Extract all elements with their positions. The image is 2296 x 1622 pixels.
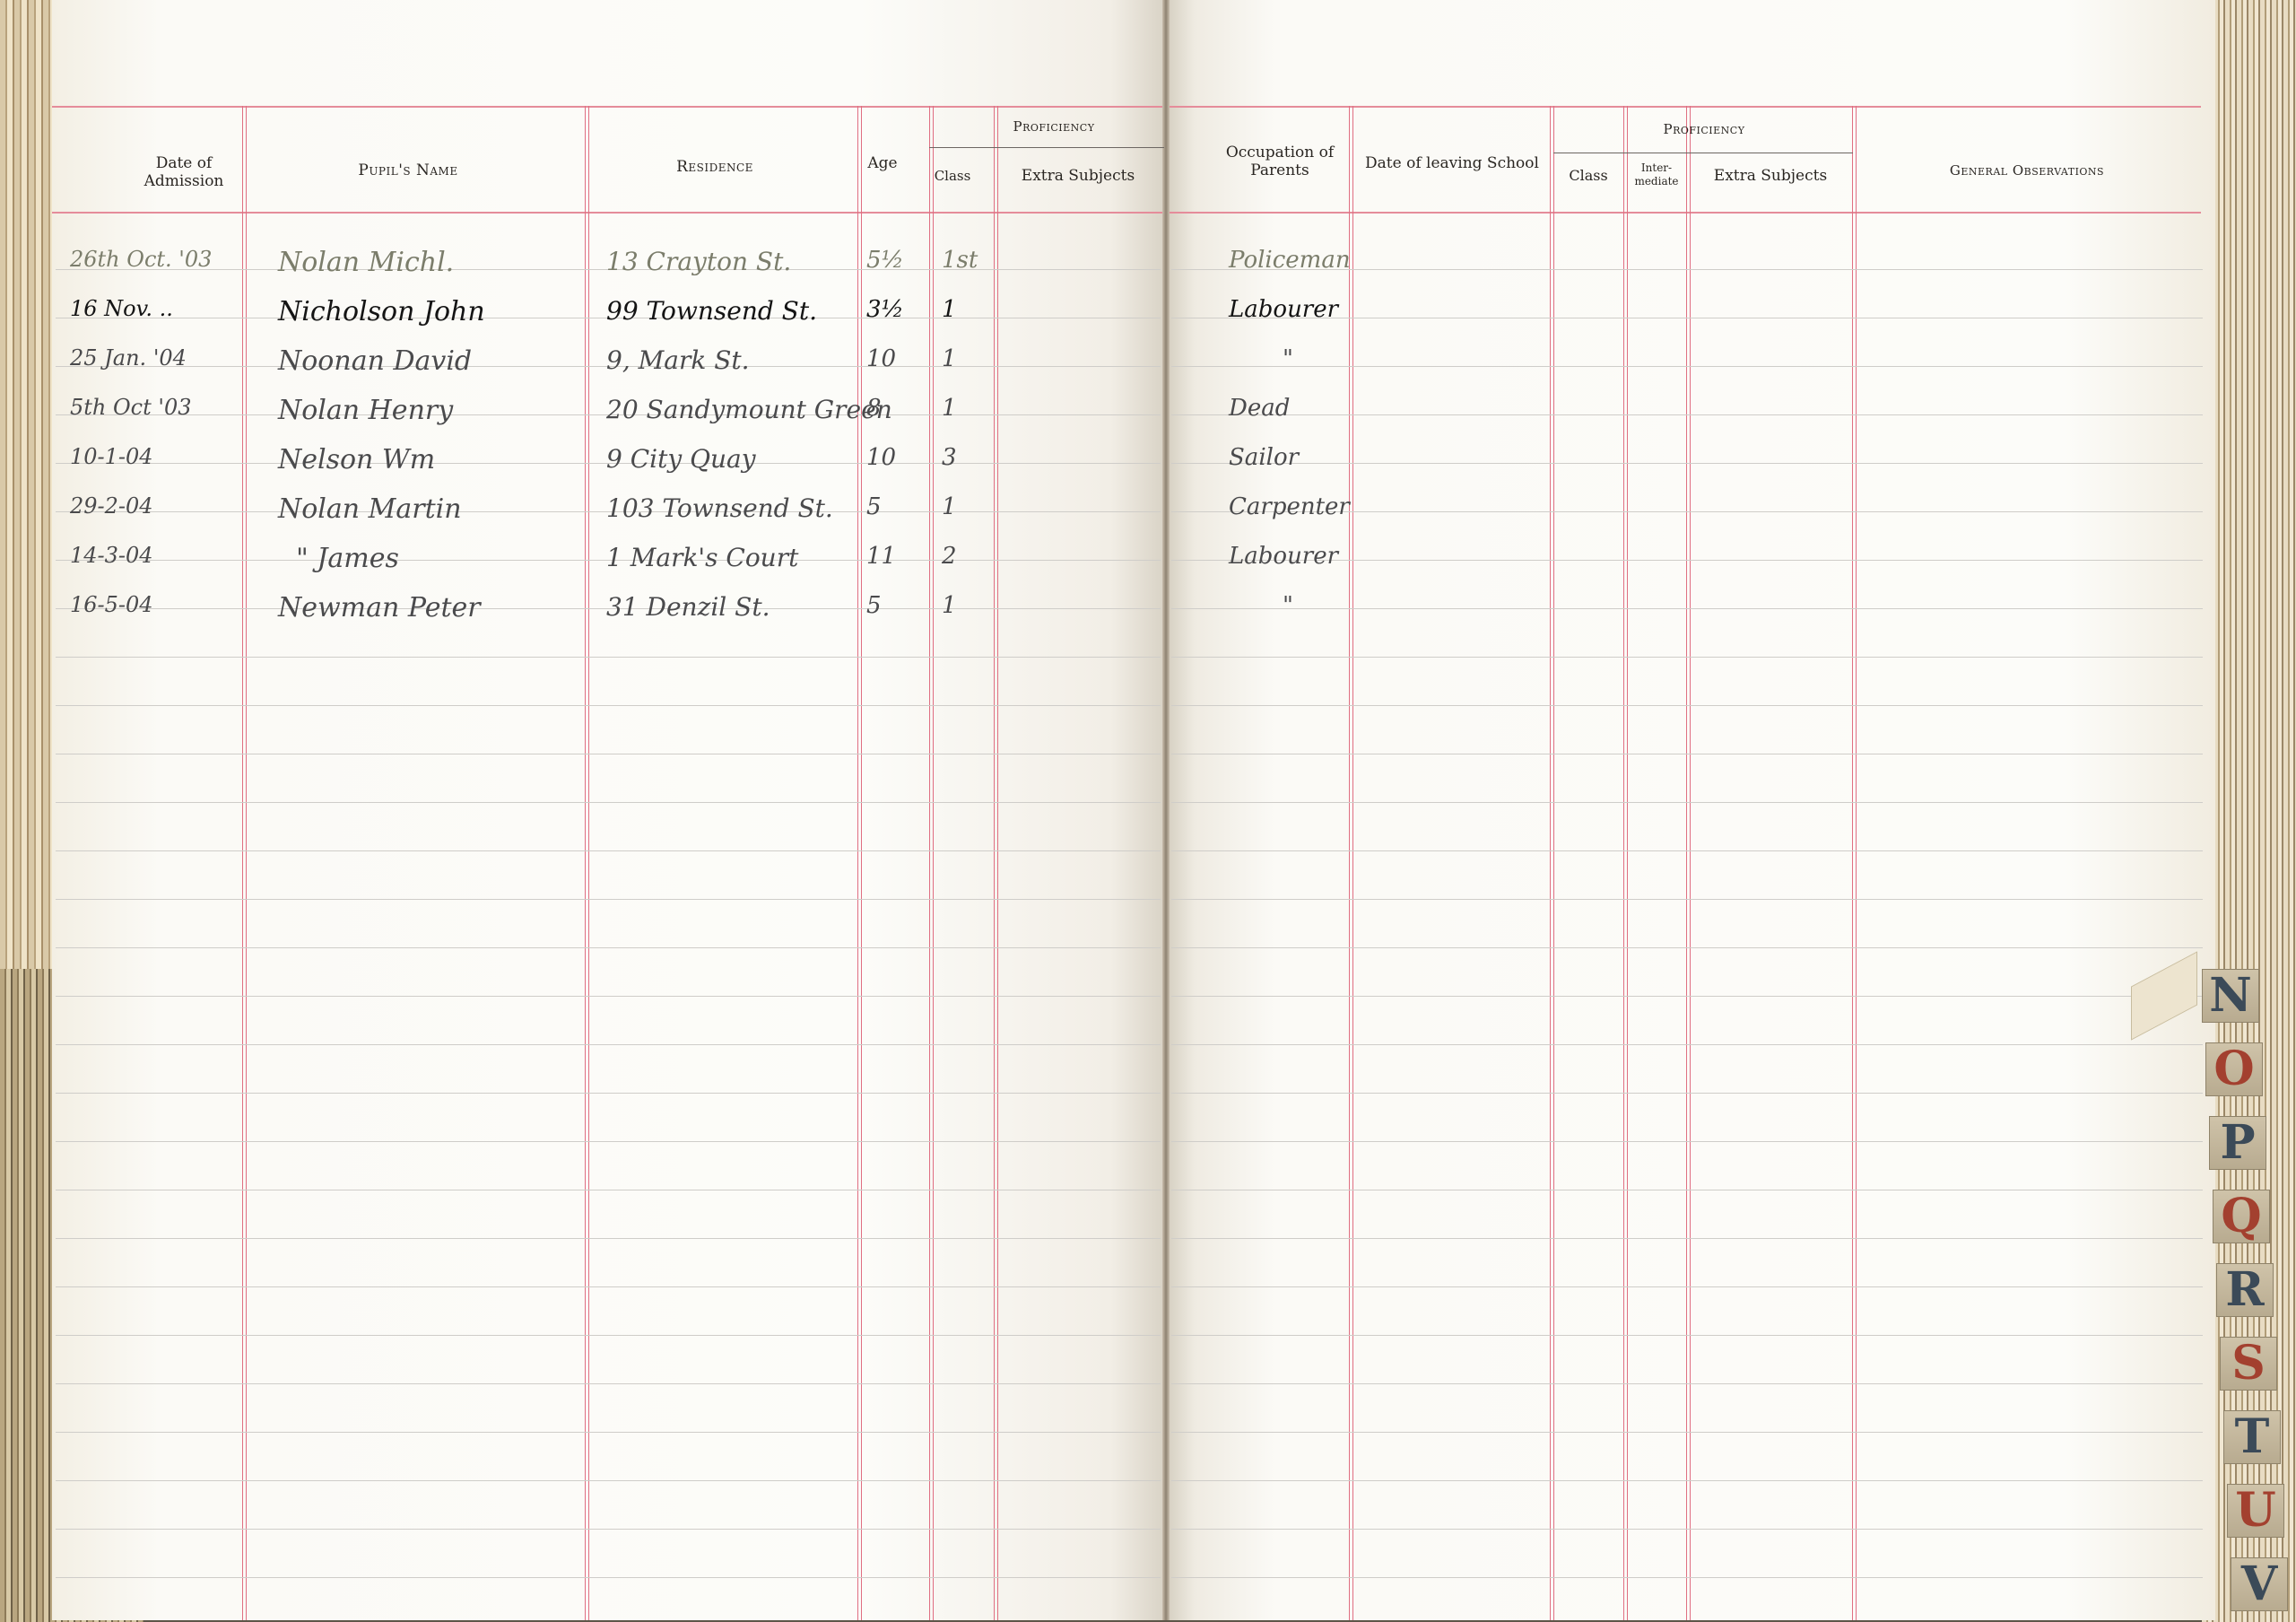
- row-line: [1171, 1383, 2203, 1384]
- index-tab-q[interactable]: Q: [2213, 1190, 2270, 1243]
- entry-date: 29-2-04: [70, 493, 153, 519]
- row-line: [1171, 705, 2203, 706]
- header-pupils-name: Pupil's Name: [260, 161, 556, 179]
- row-line: [1171, 608, 2203, 609]
- entry-class: 3: [942, 444, 957, 471]
- column-rule: [242, 106, 247, 1620]
- entry-class: 1: [942, 345, 957, 372]
- header-date-of-leaving-school: Date of leaving School: [1352, 154, 1552, 172]
- entry-date: 5th Oct '03: [70, 395, 192, 420]
- entry-occupation: Carpenter: [1229, 493, 1350, 520]
- entry-occupation: Sailor: [1229, 444, 1299, 471]
- row-line: [1171, 1238, 2203, 1239]
- row-line: [56, 1141, 1161, 1142]
- entry-occupation: ": [1283, 345, 1293, 372]
- row-line: [56, 996, 1161, 997]
- row-line: [1171, 1577, 2203, 1578]
- row-line: [56, 1044, 1161, 1045]
- entry-age: 5½: [866, 247, 904, 274]
- index-tab-t[interactable]: T: [2223, 1410, 2281, 1464]
- entry-residence: 9, Mark St.: [606, 345, 750, 375]
- column-rule: [1349, 106, 1353, 1620]
- entry-residence: 1 Mark's Court: [606, 543, 798, 572]
- entry-class: 1st: [942, 247, 978, 274]
- column-rule: [585, 106, 589, 1620]
- column-rule: [929, 106, 934, 1620]
- entry-class: 1: [942, 592, 957, 619]
- entry-class: 1: [942, 296, 957, 323]
- row-line: [56, 754, 1161, 754]
- entry-name: Nelson Wm: [278, 444, 435, 475]
- row-line: [56, 1480, 1161, 1481]
- row-line: [56, 947, 1161, 948]
- row-line: [1171, 1529, 2203, 1530]
- row-line: [1171, 463, 2203, 464]
- column-rule: [1852, 106, 1857, 1620]
- entry-name: Nolan Henry: [278, 395, 453, 426]
- entry-residence: 31 Denzil St.: [606, 592, 770, 622]
- row-line: [1171, 802, 2203, 803]
- entry-date: 25 Jan. '04: [70, 345, 187, 371]
- entry-name: Nolan Michl.: [278, 247, 454, 278]
- entry-date: 26th Oct. '03: [70, 247, 212, 272]
- row-line: [56, 1286, 1161, 1287]
- row-line: [56, 850, 1161, 851]
- row-line: [1171, 1335, 2203, 1336]
- row-line: [56, 705, 1161, 706]
- row-line: [1171, 1044, 2203, 1045]
- header-occupation-of-parents: Occupation of Parents: [1213, 144, 1347, 179]
- row-line: [56, 899, 1161, 900]
- header-top-rule: [1170, 106, 2201, 108]
- row-line: [56, 1383, 1161, 1384]
- entry-name: " James: [296, 543, 399, 574]
- entry-occupation: ": [1283, 592, 1293, 619]
- row-line: [1171, 657, 2203, 658]
- row-line: [1171, 1480, 2203, 1481]
- row-line: [1171, 947, 2203, 948]
- row-line: [56, 1335, 1161, 1336]
- entry-occupation: Labourer: [1229, 296, 1338, 323]
- entry-name: Nolan Martin: [278, 493, 462, 525]
- column-rule: [994, 106, 998, 1620]
- index-tab-s[interactable]: S: [2220, 1337, 2277, 1391]
- row-line: [56, 1432, 1161, 1433]
- row-line: [1171, 1190, 2203, 1190]
- row-line: [1171, 850, 2203, 851]
- entry-occupation: Labourer: [1229, 543, 1338, 570]
- entry-age: 3½: [866, 296, 904, 323]
- row-line: [56, 1529, 1161, 1530]
- column-rule: [857, 106, 862, 1620]
- row-line: [56, 1190, 1161, 1190]
- index-tab-o[interactable]: O: [2205, 1042, 2263, 1096]
- column-rule: [1686, 106, 1691, 1620]
- right-page: [1168, 0, 2215, 1620]
- entry-class: 2: [942, 543, 957, 570]
- header-bottom-rule: [1170, 212, 2201, 214]
- row-line: [1171, 1141, 2203, 1142]
- header-age: Age: [856, 154, 909, 172]
- header-intermediate: Inter-mediate: [1625, 161, 1688, 188]
- row-line: [56, 1577, 1161, 1578]
- header-proficiency-left: Proficiency: [933, 118, 1175, 135]
- index-tab-u[interactable]: U: [2227, 1484, 2284, 1538]
- column-rule: [1623, 106, 1628, 1620]
- proficiency-divider-right: [1553, 153, 1853, 153]
- header-proficiency-right: Proficiency: [1556, 120, 1852, 138]
- row-line: [56, 802, 1161, 803]
- row-line: [1171, 996, 2203, 997]
- entry-date: 10-1-04: [70, 444, 153, 469]
- entry-age: 8: [866, 395, 882, 422]
- book-spine: [1162, 0, 1170, 1620]
- entry-occupation: Policeman: [1229, 247, 1351, 274]
- row-line: [1171, 1286, 2203, 1287]
- entry-age: 5: [866, 592, 882, 619]
- row-line: [1171, 414, 2203, 415]
- entry-residence: 99 Townsend St.: [606, 296, 817, 326]
- proficiency-divider-left: [929, 147, 1164, 148]
- index-tab-n[interactable]: N: [2202, 969, 2259, 1023]
- header-extra-subjects-right: Extra Subjects: [1690, 167, 1851, 185]
- entry-age: 11: [866, 543, 896, 570]
- entry-class: 1: [942, 395, 957, 422]
- row-line: [1171, 754, 2203, 754]
- row-line: [1171, 899, 2203, 900]
- entry-name: Noonan David: [278, 345, 472, 377]
- row-line: [1171, 1432, 2203, 1433]
- header-residence: Residence: [603, 158, 827, 176]
- header-class-right: Class: [1553, 167, 1623, 185]
- entry-residence: 103 Townsend St.: [606, 493, 833, 523]
- entry-name: Newman Peter: [278, 592, 481, 624]
- header-general-observations: General Observations: [1857, 161, 2197, 179]
- entry-name: Nicholson John: [278, 296, 485, 327]
- entry-residence: 20 Sandymount Green: [606, 395, 892, 424]
- row-line: [56, 1238, 1161, 1239]
- entry-date: 14-3-04: [70, 543, 153, 568]
- entry-age: 10: [866, 345, 896, 372]
- header-extra-subjects-left: Extra Subjects: [997, 167, 1159, 185]
- index-tab-v[interactable]: V: [2231, 1557, 2288, 1611]
- entry-date: 16 Nov. ..: [70, 296, 173, 321]
- row-line: [56, 1093, 1161, 1094]
- header-date-of-admission: Date of Admission: [126, 154, 242, 190]
- column-rule: [1550, 106, 1554, 1620]
- header-class-left: Class: [929, 167, 976, 185]
- entry-date: 16-5-04: [70, 592, 153, 617]
- open-ledger: Date of Admission Pupil's Name Residence…: [0, 0, 2296, 1622]
- entry-age: 5: [866, 493, 882, 520]
- entry-age: 10: [866, 444, 896, 471]
- row-line: [1171, 1093, 2203, 1094]
- index-tab-r[interactable]: R: [2216, 1263, 2274, 1317]
- entry-class: 1: [942, 493, 957, 520]
- entry-residence: 13 Crayton St.: [606, 247, 791, 276]
- index-tab-p[interactable]: P: [2209, 1116, 2266, 1170]
- row-line: [56, 657, 1161, 658]
- row-line: [1171, 366, 2203, 367]
- entry-occupation: Dead: [1229, 395, 1290, 422]
- entry-residence: 9 City Quay: [606, 444, 756, 474]
